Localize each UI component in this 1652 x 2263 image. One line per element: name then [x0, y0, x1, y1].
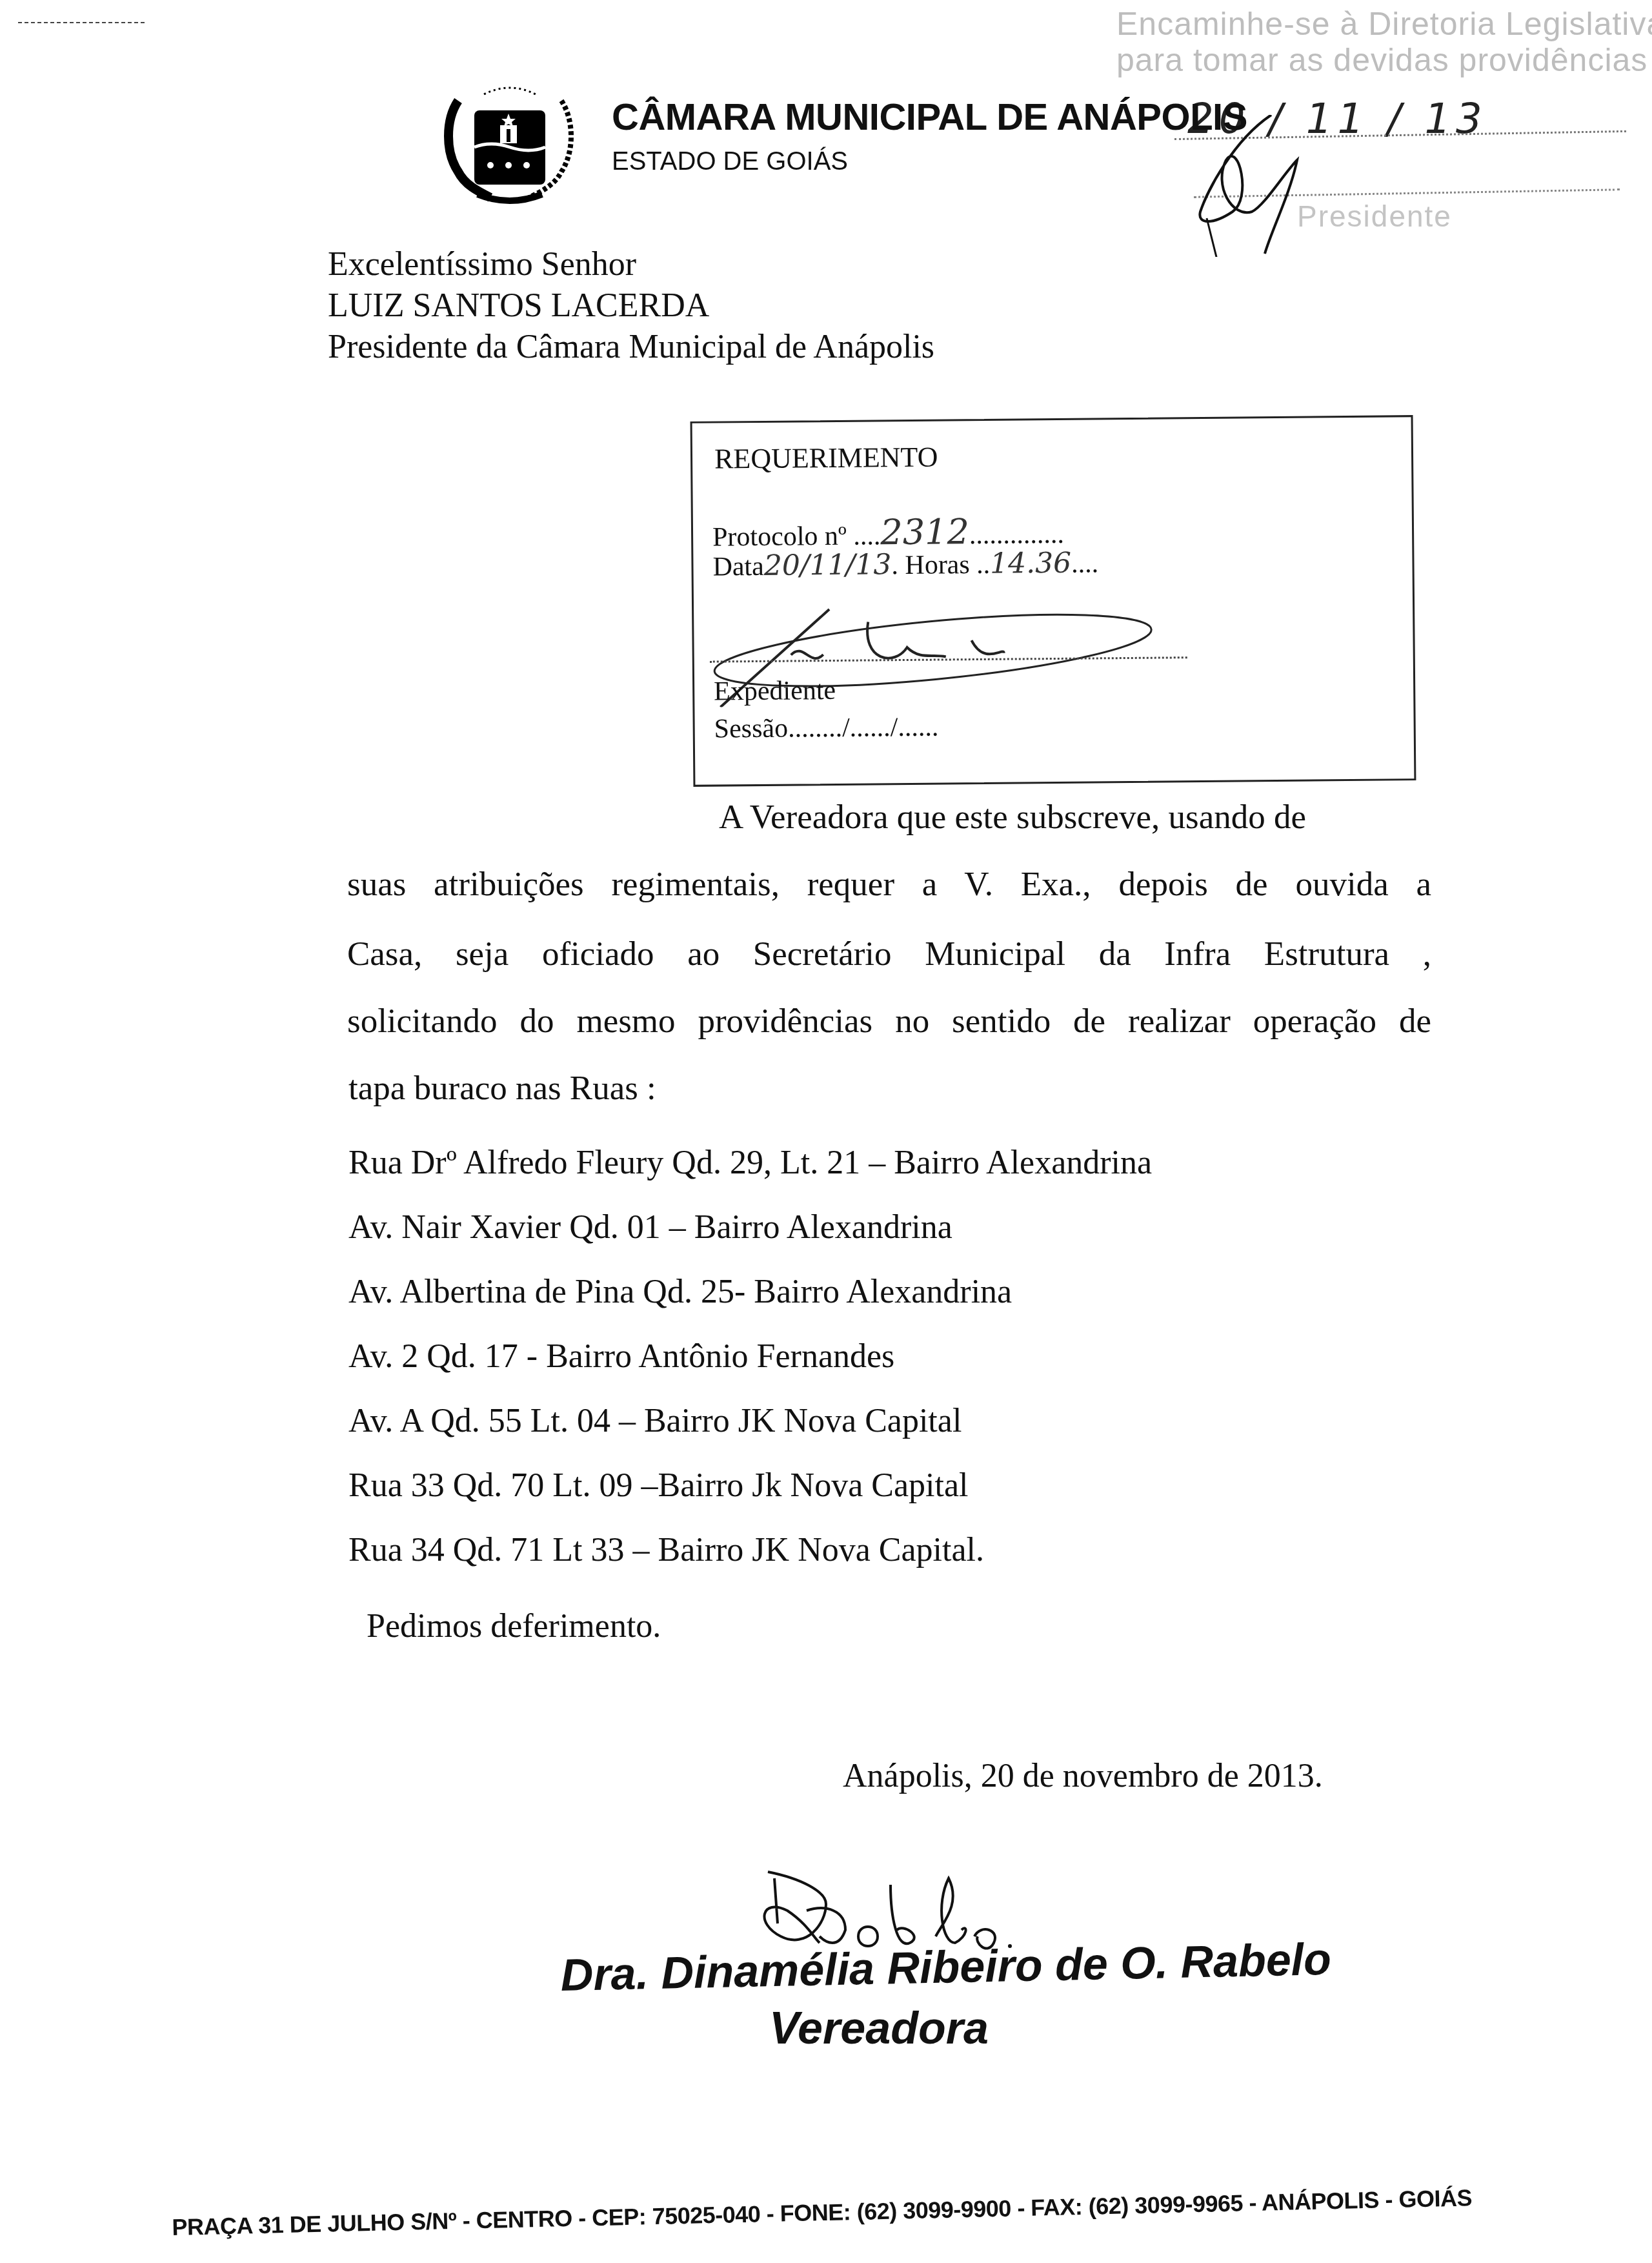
body-line-5: tapa buraco nas Ruas :: [348, 1069, 656, 1108]
institution-name: CÂMARA MUNICIPAL DE ANÁPOLIS: [612, 96, 1247, 139]
street-item: Av. Albertina de Pina Qd. 25- Bairro Ale…: [348, 1260, 1152, 1324]
protocol-box-title: REQUERIMENTO: [714, 441, 938, 476]
protocol-date-label: Data: [712, 552, 764, 582]
protocol-hours-label: . Horas ..: [891, 550, 990, 580]
signer-name: Dra. Dinamélia Ribeiro de O. Rabelo: [560, 1933, 1332, 2001]
stamp-president-label: Presidente: [1297, 199, 1452, 234]
street-item: Av. A Qd. 55 Lt. 04 – Bairro JK Nova Cap…: [348, 1389, 1152, 1454]
protocol-expediente: Expediente: [714, 675, 836, 707]
scan-artifact-line: [18, 22, 145, 23]
body-line-3: Casa, seja oficiado ao Secretário Munici…: [347, 935, 1431, 973]
street-list: Rua Drº Alfredo Fleury Qd. 29, Lt. 21 – …: [348, 1131, 1152, 1583]
stamp-line-2: para tomar as devidas providências: [1116, 41, 1647, 79]
addressee-title: Presidente da Câmara Municipal de Anápol…: [328, 327, 934, 368]
protocol-hours-value: 14.36: [990, 547, 1071, 580]
closing-phrase: Pedimos deferimento.: [367, 1607, 661, 1645]
street-item: Av. 2 Qd. 17 - Bairro Antônio Fernandes: [348, 1324, 1152, 1389]
signer-role: Vereadora: [769, 2002, 989, 2054]
street-item: Rua 34 Qd. 71 Lt 33 – Bairro JK Nova Cap…: [348, 1518, 1152, 1583]
protocol-number-trail: ..............: [969, 520, 1064, 550]
street-item: Rua 33 Qd. 70 Lt. 09 –Bairro Jk Nova Cap…: [348, 1454, 1152, 1518]
addressee-block: Excelentíssimo Senhor LUIZ SANTOS LACERD…: [328, 244, 934, 368]
street-item: Rua Drº Alfredo Fleury Qd. 29, Lt. 21 – …: [348, 1131, 1152, 1195]
protocol-date-value: 20/11/13: [764, 548, 892, 582]
footer-address: PRAÇA 31 DE JULHO S/Nº - CENTRO - CEP: 7…: [172, 2184, 1473, 2241]
protocol-hours-trail: ....: [1071, 549, 1098, 578]
street-item: Av. Nair Xavier Qd. 01 – Bairro Alexandr…: [348, 1195, 1152, 1260]
institution-state: ESTADO DE GOIÁS: [612, 147, 848, 176]
body-line-2: suas atribuições regimentais, requer a V…: [347, 865, 1431, 904]
addressee-name: LUIZ SANTOS LACERDA: [328, 285, 934, 327]
municipal-coat-of-arms-icon: [439, 75, 581, 210]
place-and-date: Anápolis, 20 de novembro de 2013.: [843, 1757, 1323, 1795]
salutation: Excelentíssimo Senhor: [328, 244, 934, 285]
protocol-number-label: Protocolo nº ....: [712, 521, 881, 552]
protocol-sessao: Sessão......../....../......: [714, 712, 939, 745]
body-line-1: A Vereadora que este subscreve, usando d…: [719, 798, 1306, 837]
protocol-date-row: Data20/11/13. Horas ..14.36....: [712, 546, 1098, 582]
protocol-box: REQUERIMENTO Protocolo nº ....2312......…: [690, 415, 1416, 787]
protocol-number-value: 2312: [880, 511, 969, 553]
body-line-4: solicitando do mesmo providências no sen…: [347, 1002, 1431, 1040]
stamp-line-1: Encaminhe-se à Diretoria Legislativa: [1116, 5, 1652, 43]
